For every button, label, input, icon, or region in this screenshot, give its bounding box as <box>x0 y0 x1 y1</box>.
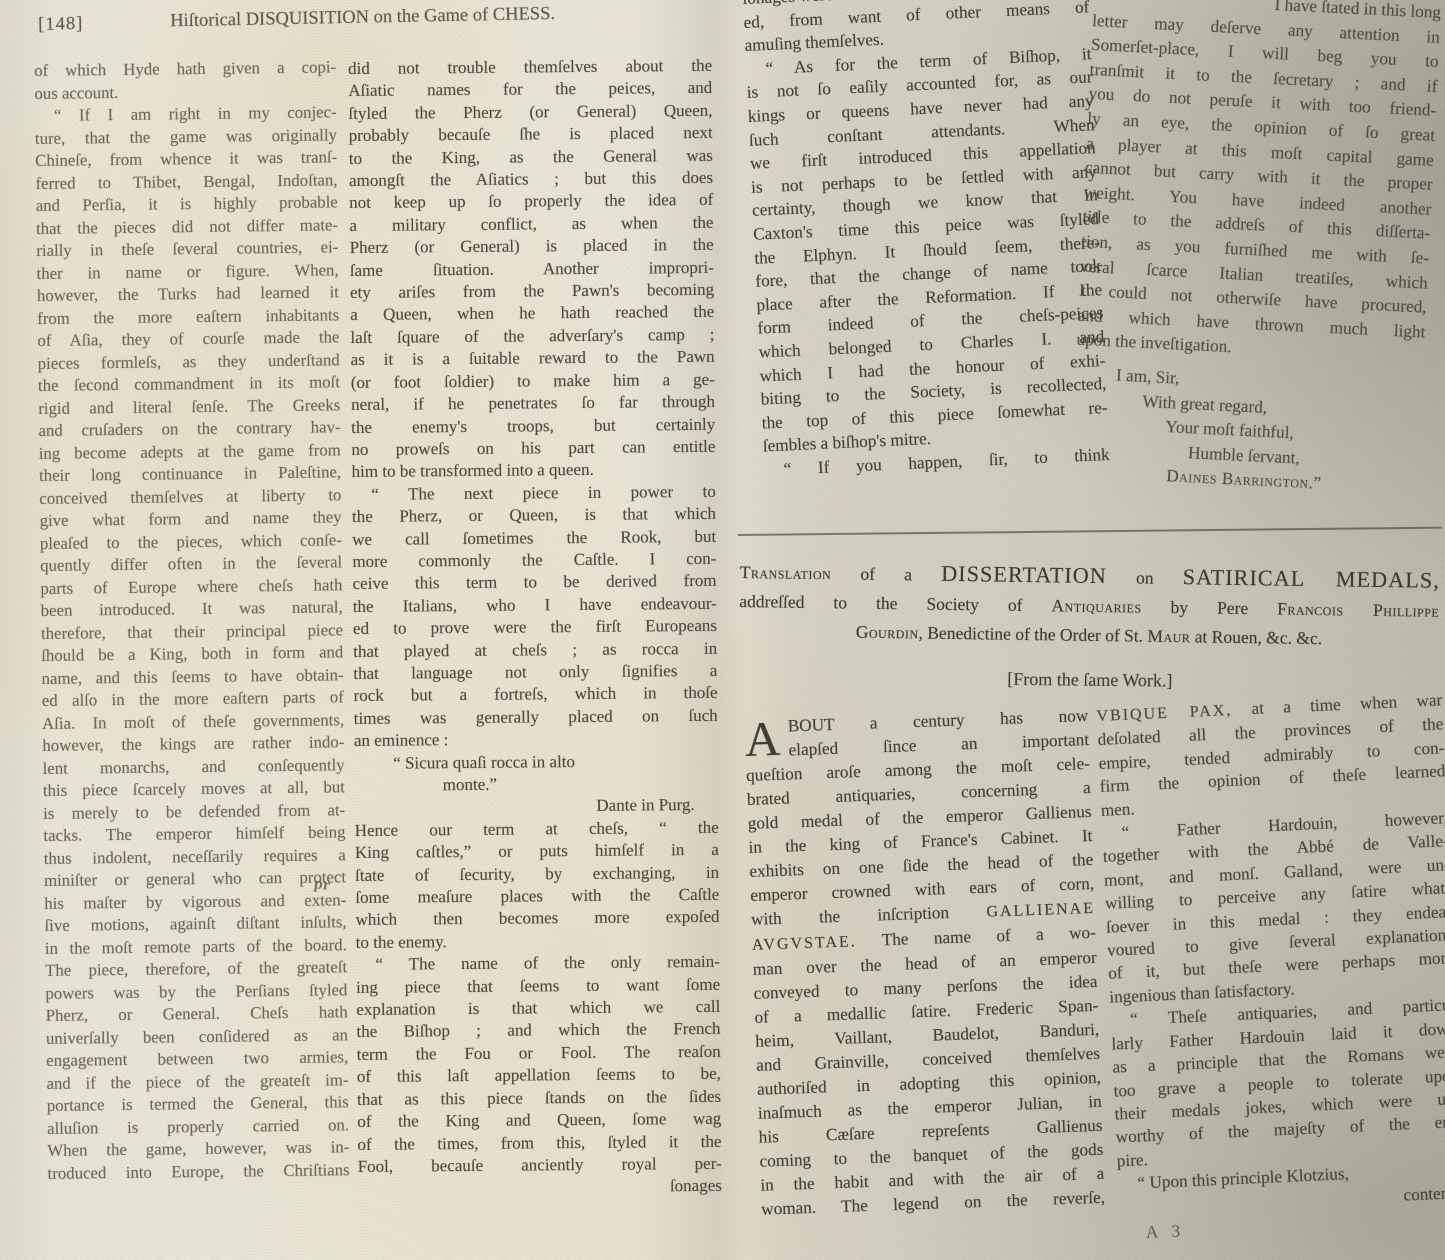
text-line: been introduced. It was natural, <box>41 596 343 622</box>
text-segment: by Pere <box>1141 597 1277 619</box>
text-segment: Gourdin <box>856 622 919 643</box>
text-line: probably becauſe ſhe is placed next <box>349 122 713 148</box>
text-line: The piece, therefore, of the greateſt <box>45 956 347 982</box>
text-line: When the game, however, was in- <box>47 1136 349 1162</box>
text-line: neral, if he penetrates ſo far through <box>351 391 715 417</box>
text-line: “ The next piece in power to <box>352 481 716 507</box>
text-line: of the King and Queen, ſome wag <box>357 1108 721 1134</box>
text-line: of the times, from this, ſtyled it the <box>357 1130 721 1156</box>
text-line: a military conflict, as when the <box>349 212 713 238</box>
text-line: ed alſo in the more eaſtern parts of <box>42 686 344 712</box>
text-line: did not trouble themſelves about the <box>348 55 712 81</box>
text-line: quently differ often in the ſeveral <box>40 551 342 577</box>
text-segment: Translation <box>740 562 832 583</box>
text-line: ſome meaſure places with the Caſtle <box>355 884 719 910</box>
column-3-bottom: A BOUT a century has nowelapſed ſince an… <box>744 704 1105 1222</box>
text-line: ſhould be a King, both in form and <box>41 641 343 667</box>
text-segment: with the inſcription <box>751 902 987 929</box>
text-line: no proweſs on his part can entitle <box>351 436 715 462</box>
text-line: amongſt the Aſiatics ; but this does <box>349 167 713 193</box>
stray-ink-mark: pr <box>313 875 331 895</box>
text-line: that as this piece ſtands on the ſides <box>357 1085 721 1111</box>
page-header: [148] Hiſtorical DISQUISITION on the Gam… <box>30 1 695 35</box>
text-segment: , Benedictine of the Order of St. <box>918 623 1147 646</box>
text-segment: DISSERTATION <box>941 561 1107 588</box>
text-line: the Pherz, or Queen, is that which <box>352 503 716 529</box>
text-line: Pherz (or General) is placed in the <box>350 234 714 260</box>
source-note: [From the ſame Work.] <box>740 666 1440 694</box>
text-line: to the King, as the General was <box>349 144 713 170</box>
text-line: “ If I am right in my conjec- <box>35 101 337 127</box>
text-line: however, the Turks had learned it <box>37 281 339 307</box>
text-line: term the Fou or Fool. The reaſon <box>357 1041 721 1067</box>
text-line: to the enemy. <box>356 929 720 955</box>
column-2: did not trouble themſelves about theAſia… <box>348 55 722 1201</box>
text-line: and Perſia, it is highly probable <box>36 191 338 217</box>
text-line: tacks. The emperor himſelf being <box>43 821 345 847</box>
text-line: King caſtles,” or puts himſelf in a <box>355 839 719 865</box>
text-line: the ſecond commandment in its moſt <box>38 371 340 397</box>
text-line: as it is a ſuitable reward to the Pawn <box>351 346 715 372</box>
text-line: we call ſometimes the Rook, but <box>352 525 716 551</box>
text-segment: Francois Phillippe <box>1277 599 1439 621</box>
text-line: the Italians, who I have endeavour- <box>353 593 717 619</box>
text-line: “ Sicura quaſi rocca in alto <box>354 749 718 775</box>
text-line: an eminence : <box>354 727 718 753</box>
text-line: Fool, becauſe anciently royal per- <box>358 1153 722 1179</box>
text-segment: SATIRICAL MEDALS, <box>1183 564 1440 593</box>
text-line: which then becomes more expoſed <box>355 906 719 932</box>
text-line: ſonages <box>358 1175 722 1201</box>
text-line: their long continuance in Paleſtine, <box>39 461 341 487</box>
text-line: ſtyled the Pherz (or General) Queen, <box>348 100 712 126</box>
text-line: that played at cheſs ; as rocca in <box>353 637 717 663</box>
text-line: “ The name of the only remain- <box>356 951 720 977</box>
text-line: times was generally placed on ſuch <box>354 705 718 731</box>
text-line: a Queen, when he hath reached the <box>350 301 714 327</box>
text-line: ety ariſes from the Pawn's becoming <box>350 279 714 305</box>
text-segment: GALLIENAE <box>986 900 1095 921</box>
signature-mark: A 3 <box>1146 1221 1186 1242</box>
text-line: monte.” <box>354 772 718 798</box>
text-line: more commonly the Caſtle. I con- <box>352 548 716 574</box>
text-line: laſt ſquare of the adverſary's camp ; <box>350 324 714 350</box>
text-line: give what form and name they <box>39 506 341 532</box>
text-line: ed to prove were the firſt Europeans <box>353 615 717 641</box>
column-1: of which Hyde hath given a copi-ous acco… <box>34 56 350 1185</box>
text-line: engagement between two armies, <box>46 1046 348 1072</box>
text-line: portance is termed the General, this <box>47 1091 349 1117</box>
text-line: the enemy's troops, but certainly <box>351 413 715 439</box>
text-segment: VBIQUE PAX, <box>1096 702 1233 725</box>
text-line: ing piece that ſeems to want ſome <box>356 973 720 999</box>
text-line: Pherz, or General. Cheſs hath <box>46 1001 348 1027</box>
text-line: explanation is that which we call <box>356 996 720 1022</box>
text-line: rially in theſe ſeveral countries, ei- <box>36 236 338 262</box>
text-line: Aſiatic names for the peices, and <box>348 77 712 103</box>
text-segment: Antiquaries <box>1051 595 1141 616</box>
text-segment: Maur <box>1147 626 1190 647</box>
section-divider-rule <box>738 527 1442 536</box>
drop-cap-letter: A <box>744 714 789 761</box>
text-line: that language not only ſignifies a <box>353 660 717 686</box>
text-segment: of a <box>831 563 941 585</box>
text-line: ceive this term to be derived from <box>352 570 716 596</box>
text-line: (or foot ſoldier) to make him a ge- <box>351 368 715 394</box>
book-page-scan: [148] Hiſtorical DISQUISITION on the Gam… <box>0 0 1445 1260</box>
column-4-bottom: VBIQUE PAX, at a time when wardeſolated … <box>1096 688 1445 1219</box>
text-line: Dante in Purg. <box>354 794 718 820</box>
text-segment: at Rouen, &c. &c. <box>1190 626 1322 648</box>
text-line: miniſter or general who can protect <box>44 866 346 892</box>
column-3-bottom-lines: BOUT a century has nowelapſed ſince an i… <box>744 704 1105 1222</box>
text-line: however, the kings are rather indo- <box>42 731 344 757</box>
text-line: Hence our term at cheſs, “ the <box>355 817 719 843</box>
text-segment: addreſſed to the Society of <box>739 591 1051 615</box>
text-segment: AVGVSTAE. <box>752 933 857 954</box>
text-line: ſame ſituation. Another impropri- <box>350 256 714 282</box>
column-4-top: I have ſtated in this longletter may deſ… <box>1070 0 1442 501</box>
text-line: of this laſt appellation ſeems to be, <box>357 1063 721 1089</box>
running-title: Hiſtorical DISQUISITION on the Game of C… <box>170 4 555 31</box>
text-line: rock but a fortreſs, which in thoſe <box>353 682 717 708</box>
text-line: and cruſaders on the contrary hav- <box>38 416 340 442</box>
text-line: troduced into Europe, the Chriſtians <box>47 1159 349 1185</box>
text-line: of Aſia, they of courſe made the <box>37 326 339 352</box>
text-line: this piece ſcarcely moves at all, but <box>43 776 345 802</box>
column-3-top: ſonages wereed, from want of other means… <box>742 0 1110 482</box>
text-line: him to be transformed into a queen. <box>352 458 716 484</box>
text-line: the Biſhop ; and which the French <box>356 1018 720 1044</box>
text-line: ſtate of ſecurity, by exchanging, in <box>355 861 719 887</box>
text-line: Chineſe, from whence it was tranſ- <box>35 146 337 172</box>
text-line: ſive motions, againſt diſtant inſults, <box>44 911 346 937</box>
page-number: [148] <box>38 14 83 36</box>
text-segment: on <box>1107 567 1183 588</box>
text-line: not keep up ſo properly the idea of <box>349 189 713 215</box>
text-line: of which Hyde hath given a copi- <box>34 56 336 82</box>
section-heading: Translation of a DISSERTATION on SATIRIC… <box>739 556 1440 655</box>
